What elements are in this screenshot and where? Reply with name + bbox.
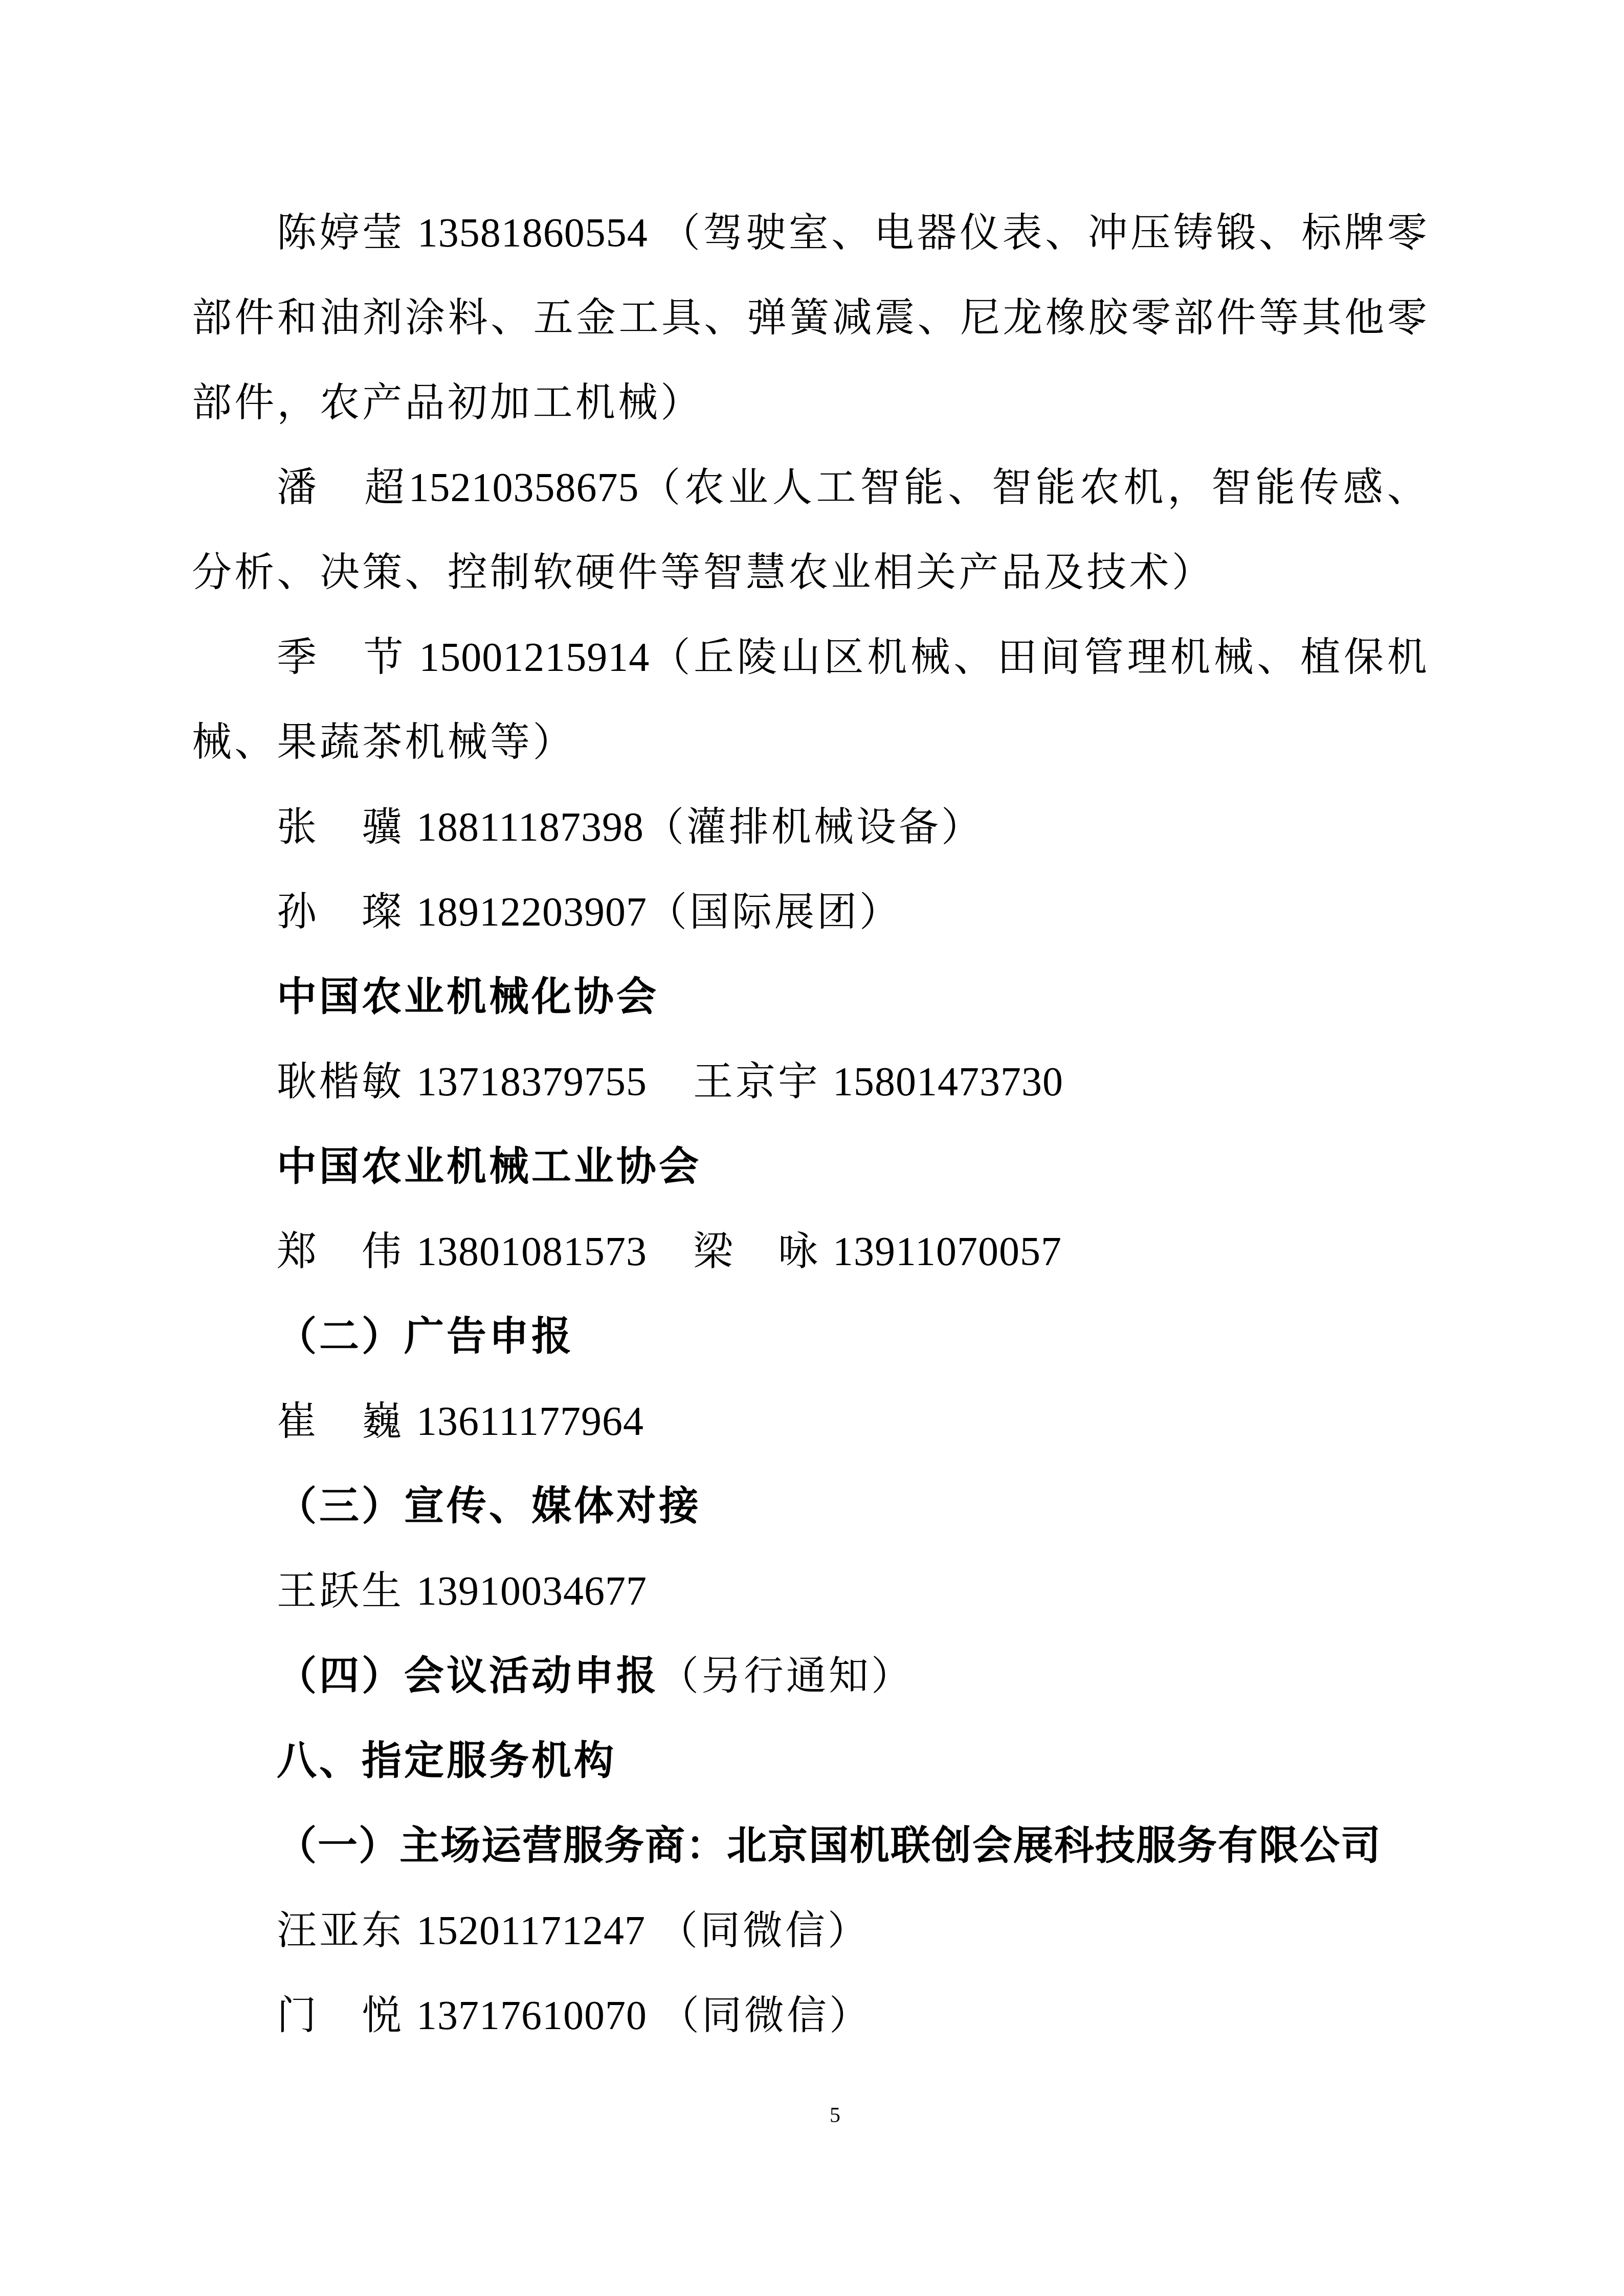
contact-phone: 15801473730 [833,1060,1063,1105]
contact-phone: 13911070057 [833,1229,1062,1274]
contact-phone: 13581860554 [417,211,648,256]
contact-phone: 15001215914 [419,635,650,680]
contact-phone: 18912203907 [416,890,647,935]
section-heading-meetings-line: （四）会议活动申报（另行通知） [192,1634,1430,1719]
contact-scope: （灌排机械设备） [644,804,984,850]
association-contacts-mechanization: 耿楷敏13718379755王京宇15801473730 [192,1040,1430,1124]
contact-note: （同微信） [658,1908,870,1954]
association-contacts-industry: 郑 伟13801081573梁 咏13911070057 [192,1209,1430,1294]
page-number: 5 [830,2103,840,2128]
contact-phone: 13801081573 [416,1229,647,1274]
service-provider-contact-men: 门 悦13717610070（同微信） [192,1973,1430,2058]
contact-name: 耿楷敏 [277,1059,404,1105]
contact-phone: 13611177964 [416,1399,644,1444]
contact-note: （同微信） [659,1993,872,2039]
contact-name: 汪亚东 [277,1908,404,1954]
chapter-heading-eight: 八、指定服务机构 [192,1719,1430,1804]
section-heading-media: （三）宣传、媒体对接 [192,1464,1430,1549]
contact-phone: 15210358675 [409,465,639,510]
contact-phone: 13717610070 [416,1993,647,2038]
section-heading-ads: （二）广告申报 [192,1294,1430,1379]
contact-name: 张 骥 [277,804,404,850]
contact-name: 郑 伟 [277,1229,404,1275]
contact-name: 王跃生 [277,1568,404,1614]
contact-phone: 15201171247 [416,1908,646,1953]
contact-name: 王京宇 [693,1059,820,1105]
contact-name: 季 节 [277,635,407,681]
contact-scope: （国际展团） [647,889,902,935]
contact-paragraph-pan: 潘 超15210358675（农业人工智能、智能农机，智能传感、分析、决策、控制… [192,445,1430,615]
document-page: 陈婷莹13581860554（驾驶室、电器仪表、冲压铸锻、标牌零部件和油剂涂料、… [192,191,1430,2058]
contact-name: 潘 超 [277,465,409,511]
contact-phone: 13718379755 [416,1060,647,1105]
section-contact-ads: 崔 巍13611177964 [192,1379,1430,1464]
contact-phone: 18811187398 [416,805,644,850]
contact-name: 崔 巍 [277,1399,404,1445]
service-provider-contact-wang: 汪亚东15201171247（同微信） [192,1888,1430,1973]
contact-name: 孙 璨 [277,889,404,935]
contact-phone: 13910034677 [416,1569,647,1614]
contact-line-sun: 孙 璨18912203907（国际展团） [192,870,1430,955]
association-heading-industry: 中国农业机械工业协会 [192,1124,1430,1209]
association-heading-mechanization: 中国农业机械化协会 [192,955,1430,1040]
section-note-meetings: （另行通知） [659,1653,914,1699]
contact-name: 门 悦 [277,1993,404,2039]
service-provider-heading: （一）主场运营服务商：北京国机联创会展科技服务有限公司 [192,1804,1430,1888]
contact-name: 陈婷莹 [277,210,405,256]
contact-paragraph-ji: 季 节15001215914（丘陵山区机械、田间管理机械、植保机械、果蔬茶机械等… [192,615,1430,785]
contact-line-zhang: 张 骥18811187398（灌排机械设备） [192,785,1430,870]
contact-paragraph-chen: 陈婷莹13581860554（驾驶室、电器仪表、冲压铸锻、标牌零部件和油剂涂料、… [192,191,1430,445]
section-heading-meetings: （四）会议活动申报 [277,1653,659,1699]
contact-name: 梁 咏 [693,1229,820,1275]
section-contact-media: 王跃生13910034677 [192,1549,1430,1634]
